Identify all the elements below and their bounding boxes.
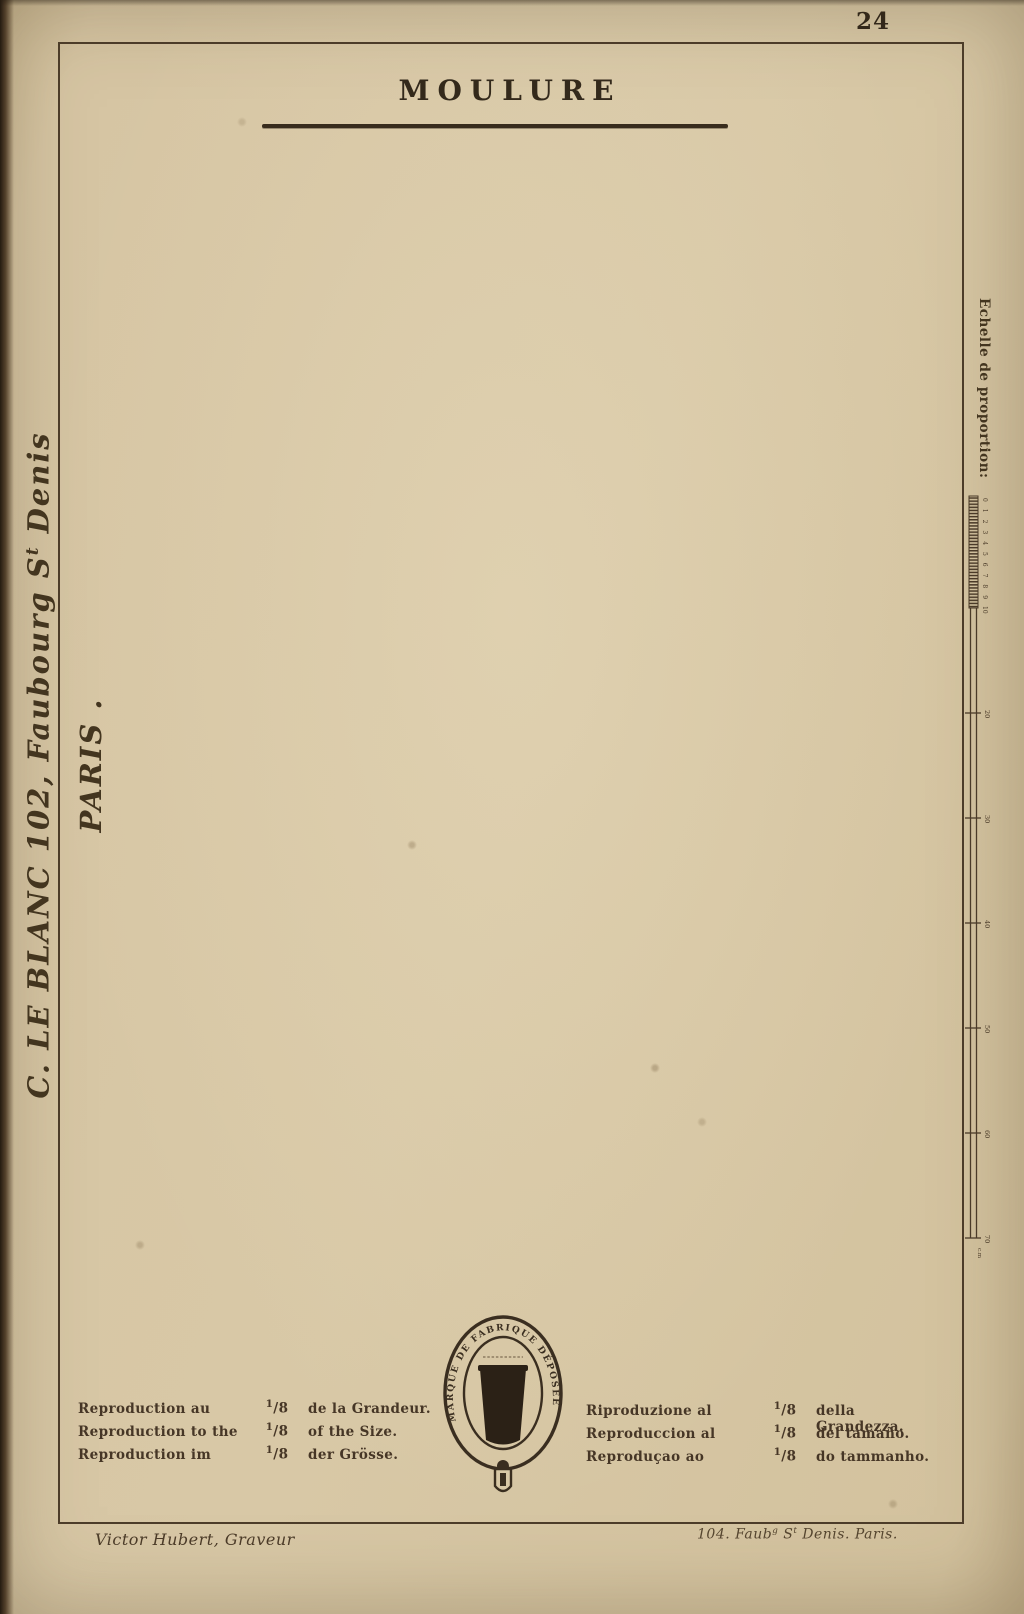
ruler-hatched-band xyxy=(969,496,978,608)
ruler-tick-label: 5 xyxy=(981,552,988,556)
reproduction-line-it: Riproduzione al 1/8 della Grandezza. xyxy=(586,1400,946,1423)
ruler-tick-label: 9 xyxy=(981,595,988,599)
ruler-tick-label: 1 xyxy=(981,509,988,513)
ruler-tick-label: 6 xyxy=(981,563,988,567)
reproduction-line-fr: Reproduction au 1/8 de la Grandeur. xyxy=(78,1398,438,1421)
repro-fraction: 1/8 xyxy=(754,1446,816,1465)
reproduction-note-left: Reproduction au 1/8 de la Grandeur. Repr… xyxy=(78,1398,438,1467)
page-title: MOULURE xyxy=(60,74,960,107)
ruler-tick-label: 60 xyxy=(983,1130,991,1138)
repro-label: Reproduction im xyxy=(78,1447,246,1463)
repro-suffix: de la Grandeur. xyxy=(308,1401,438,1417)
repro-fraction: 1/8 xyxy=(754,1400,816,1419)
title-rule xyxy=(262,124,728,128)
publisher-text-superscript: t xyxy=(22,546,42,556)
repro-label: Reproduction au xyxy=(78,1401,246,1417)
crucible-icon xyxy=(480,1369,526,1445)
address-part: Denis. Paris. xyxy=(797,1527,897,1543)
engraver-credit: Victor Hubert, Graveur xyxy=(95,1530,295,1549)
repro-fraction: 1/8 xyxy=(246,1444,308,1463)
repro-suffix: del tamaño. xyxy=(816,1426,946,1442)
ruler-major-labels: 20 30 40 50 60 70 xyxy=(983,710,991,1243)
address-part: S xyxy=(778,1527,793,1543)
ruler-tick-label: 0 xyxy=(981,498,988,502)
catalog-page: 24 MOULURE C. LE BLANC 102, Faubourg St … xyxy=(0,0,1024,1614)
scan-top-edge xyxy=(0,0,1024,6)
ruler-tick-label: 70 xyxy=(983,1235,991,1243)
ruler-unit-label: c.m xyxy=(976,1248,982,1259)
ruler-tick-label: 8 xyxy=(981,584,988,588)
scale-label: Echelle de proportion: xyxy=(962,298,992,518)
ruler-tick-label: 3 xyxy=(981,530,988,534)
repro-suffix: do tammanho. xyxy=(816,1449,946,1465)
ruler-minor-labels: 0 1 2 3 4 5 6 7 8 9 10 xyxy=(981,498,988,614)
ruler-tick-label: 10 xyxy=(981,606,988,614)
ruler-tick-label: 4 xyxy=(981,541,988,545)
reproduction-line-de: Reproduction im 1/8 der Grösse. xyxy=(78,1444,438,1467)
crucible-rim xyxy=(478,1365,528,1371)
publisher-text-pre: C. LE BLANC 102, Faubourg S xyxy=(22,555,56,1098)
proportion-ruler: 0 1 2 3 4 5 6 7 8 9 10 20 30 40 50 60 xyxy=(964,488,998,1268)
address-part: 104. Faub xyxy=(697,1527,772,1543)
repro-label: Riproduzione al xyxy=(586,1403,754,1419)
repro-fraction: 1/8 xyxy=(246,1398,308,1417)
printer-address: 104. Faubg St Denis. Paris. xyxy=(697,1526,898,1543)
trademark-stamp: MARQUE DE FABRIQUE DÉPOSÉE xyxy=(433,1293,578,1505)
reproduction-note-right: Riproduzione al 1/8 della Grandezza. Rep… xyxy=(586,1400,946,1469)
ruler-tick-label: 20 xyxy=(983,710,991,718)
repro-fraction: 1/8 xyxy=(754,1423,816,1442)
publisher-margin-text: C. LE BLANC 102, Faubourg St Denis PARIS… xyxy=(6,410,58,1120)
repro-label: Reproduccion al xyxy=(586,1426,754,1442)
reproduction-line-en: Reproduction to the 1/8 of the Size. xyxy=(78,1421,438,1444)
repro-suffix: der Grösse. xyxy=(308,1447,438,1463)
ruler-tick-label: 7 xyxy=(981,574,988,578)
reproduction-line-es: Reproduccion al 1/8 del tamaño. xyxy=(586,1423,946,1446)
ruler-major-ticks xyxy=(965,713,981,1238)
ruler-tick-label: 50 xyxy=(983,1025,991,1033)
reproduction-line-pt: Reproduçao ao 1/8 do tammanho. xyxy=(586,1446,946,1469)
pendant-mark xyxy=(500,1473,506,1486)
repro-label: Reproduçao ao xyxy=(586,1449,754,1465)
ruler-tick-label: 2 xyxy=(981,520,988,524)
repro-suffix: of the Size. xyxy=(308,1424,438,1440)
ruler-tick-label: 30 xyxy=(983,815,991,823)
repro-fraction: 1/8 xyxy=(246,1421,308,1440)
ruler-tick-label: 40 xyxy=(983,920,991,928)
repro-label: Reproduction to the xyxy=(78,1424,246,1440)
page-number: 24 xyxy=(850,8,896,35)
